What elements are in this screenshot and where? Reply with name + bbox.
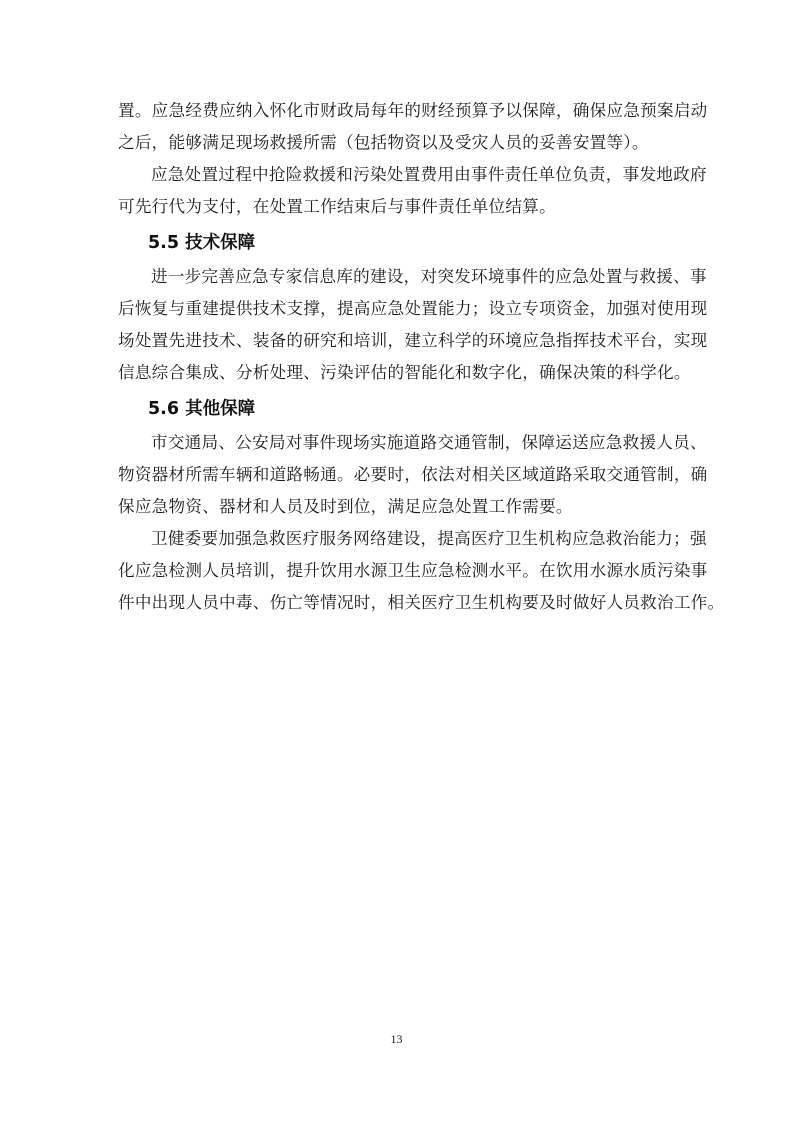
page-number: 13 (0, 1032, 793, 1047)
text-line: 保应急物资、器材和人员及时到位，满足应急处置工作需要。 (118, 491, 674, 523)
text-line: 进一步完善应急专家信息库的建设，对突发环境事件的应急处置与救援、事 (118, 261, 674, 293)
text-line: 信息综合集成、分析处理、污染评估的智能化和数字化，确保决策的科学化。 (118, 357, 674, 389)
text-line: 置。应急经费应纳入怀化市财政局每年的财经预算予以保障，确保应急预案启动 (118, 95, 674, 127)
text-line: 场处置先进技术、装备的研究和培训，建立科学的环境应急指挥技术平台，实现 (118, 325, 674, 357)
paragraph-technical-support: 进一步完善应急专家信息库的建设，对突发环境事件的应急处置与救援、事 后恢复与重建… (118, 261, 674, 389)
paragraph-funding-continued: 置。应急经费应纳入怀化市财政局每年的财经预算予以保障，确保应急预案启动 之后，能… (118, 95, 674, 159)
paragraph-emergency-costs: 应急处置过程中抢险救援和污染处置费用由事件责任单位负责，事发地政府 可先行代为支… (118, 159, 674, 223)
paragraph-traffic-control: 市交通局、公安局对事件现场实施道路交通管制，保障运送应急救援人员、 物资器材所需… (118, 427, 674, 523)
paragraph-medical-support: 卫健委要加强急救医疗服务网络建设，提高医疗卫生机构应急救治能力；强 化应急检测人… (118, 523, 674, 619)
text-line: 化应急检测人员培训，提升饮用水源卫生应急检测水平。在饮用水源水质污染事 (118, 555, 674, 587)
text-line: 后恢复与重建提供技术支撑，提高应急处置能力；设立专项资金，加强对使用现 (118, 293, 674, 325)
text-line: 卫健委要加强急救医疗服务网络建设，提高医疗卫生机构应急救治能力；强 (118, 523, 674, 555)
section-heading-5-6: 5.6 其他保障 (118, 391, 674, 427)
document-page: 置。应急经费应纳入怀化市财政局每年的财经预算予以保障，确保应急预案启动 之后，能… (118, 95, 674, 619)
text-line: 物资器材所需车辆和道路畅通。必要时，依法对相关区域道路采取交通管制，确 (118, 459, 674, 491)
text-line: 应急处置过程中抢险救援和污染处置费用由事件责任单位负责，事发地政府 (118, 159, 674, 191)
text-line: 之后，能够满足现场救援所需（包括物资以及受灾人员的妥善安置等）。 (118, 127, 674, 159)
section-heading-5-5: 5.5 技术保障 (118, 225, 674, 261)
text-line: 件中出现人员中毒、伤亡等情况时，相关医疗卫生机构要及时做好人员救治工作。 (118, 587, 674, 619)
text-line: 市交通局、公安局对事件现场实施道路交通管制，保障运送应急救援人员、 (118, 427, 674, 459)
text-line: 可先行代为支付，在处置工作结束后与事件责任单位结算。 (118, 191, 674, 223)
